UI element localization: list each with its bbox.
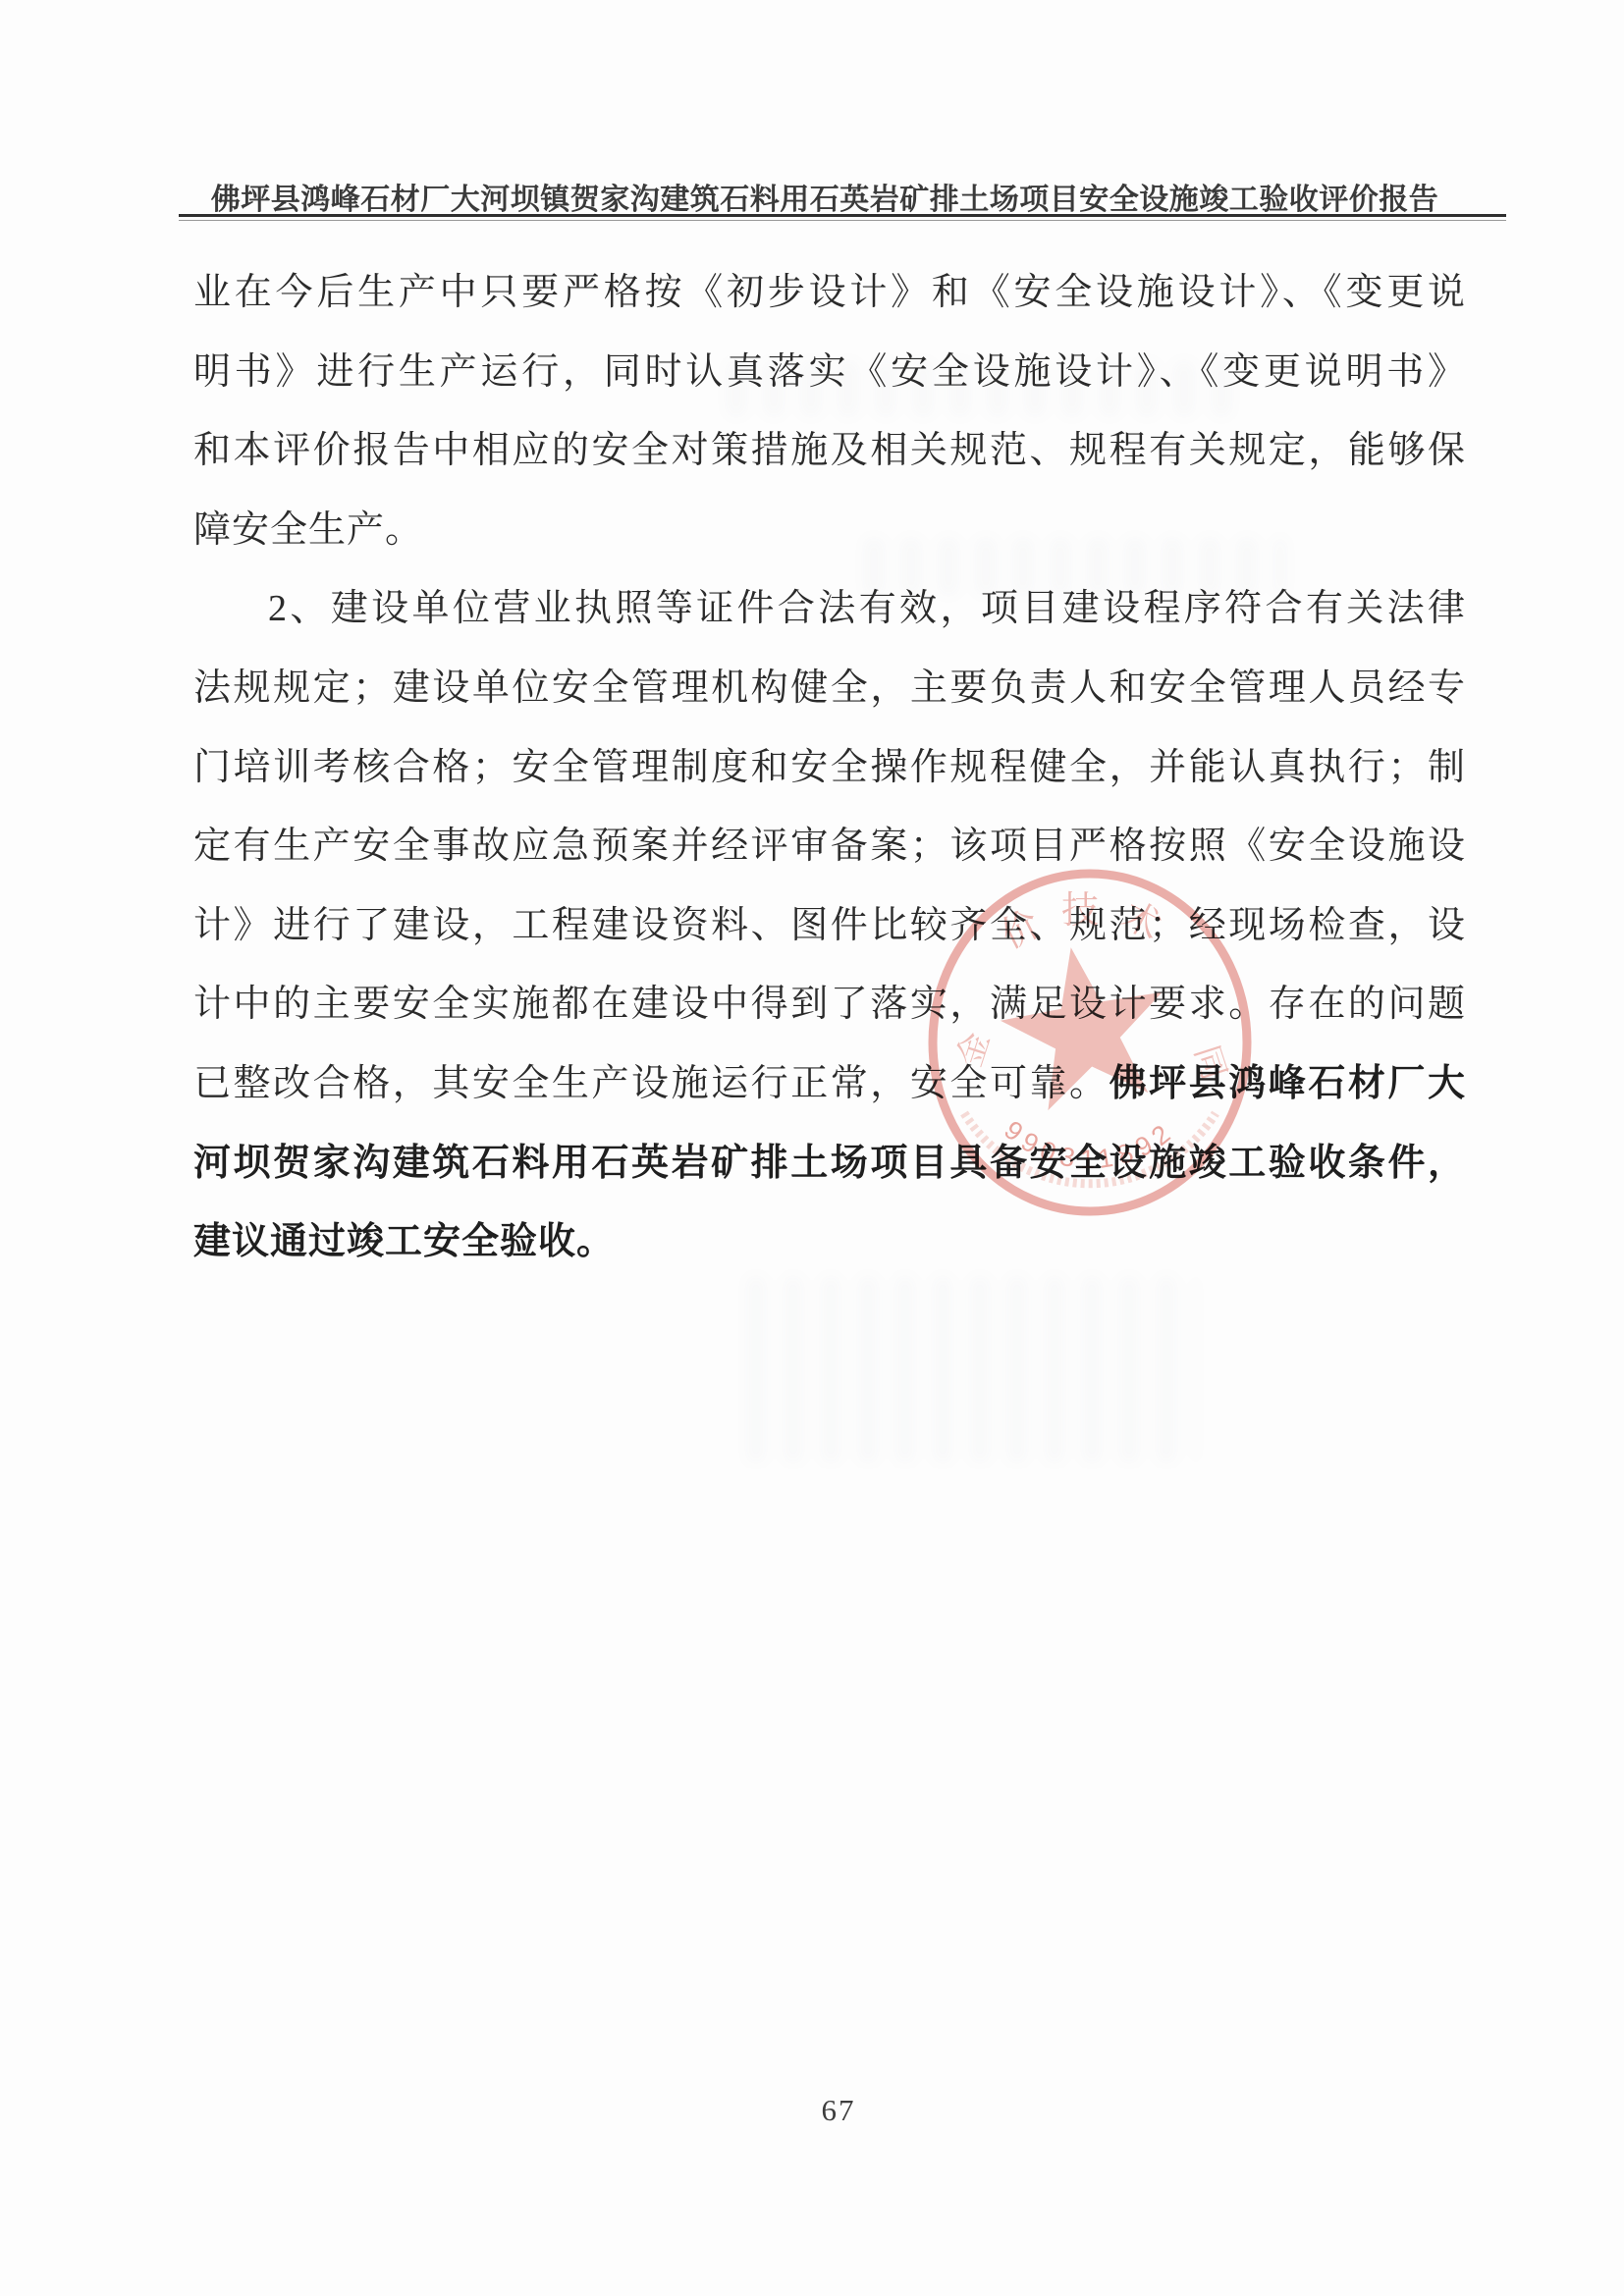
body-line: 业在今后生产中只要严格按《初步设计》和《安全设施设计》、《变更说 bbox=[193, 253, 1466, 333]
body-line: 明书》进行生产运行，同时认真落实《安全设施设计》、《变更说明书》 bbox=[193, 333, 1466, 412]
body-line: 2、建设单位营业执照等证件合法有效，项目建设程序符合有关法律 bbox=[193, 569, 1466, 649]
body-line: 定有生产安全事故应急预案并经评审备案；该项目严格按照《安全设施设 bbox=[193, 807, 1466, 886]
body-line: 计中的主要安全实施都在建设中得到了落实，满足设计要求。存在的问题 bbox=[193, 965, 1466, 1044]
bleed-through-artifact bbox=[746, 1276, 1198, 1463]
body-line: 法规规定；建设单位安全管理机构健全，主要负责人和安全管理人员经专 bbox=[193, 649, 1466, 728]
page-header-title: 佛坪县鸿峰石材厂大河坝镇贺家沟建筑石料用石英岩矿排土场项目安全设施竣工验收评价报… bbox=[187, 175, 1463, 218]
header-rule-shadow bbox=[179, 220, 1506, 221]
page-number-value: 67 bbox=[822, 2093, 856, 2127]
document-page: 佛坪县鸿峰石材厂大河坝镇贺家沟建筑石料用石英岩矿排土场项目安全设施竣工验收评价报… bbox=[0, 0, 1624, 2296]
body-line: 计》进行了建设，工程建设资料、图件比较齐全、规范；经现场检查，设 bbox=[193, 886, 1466, 966]
body-line: 河坝贺家沟建筑石料用石英岩矿排土场项目具备安全设施竣工验收条件， bbox=[193, 1124, 1466, 1203]
body-line-mixed: 已整改合格，其安全生产设施运行正常，安全可靠。佛坪县鸿峰石材厂大 bbox=[193, 1044, 1466, 1124]
body-line: 门培训考核合格；安全管理制度和安全操作规程健全，并能认真执行；制 bbox=[193, 728, 1466, 808]
body-line: 和本评价报告中相应的安全对策措施及相关规范、规程有关规定，能够保 bbox=[193, 411, 1466, 491]
body-line: 障安全生产。 bbox=[193, 491, 1466, 570]
body-line: 建议通过竣工安全验收。 bbox=[193, 1202, 1466, 1282]
body-run-bold: 佛坪县鸿峰石材厂大 bbox=[1110, 1063, 1466, 1104]
body-run-normal: 已整改合格，其安全生产设施运行正常，安全可靠。 bbox=[193, 1063, 1110, 1104]
header-rule bbox=[179, 214, 1506, 217]
page-number: 67 bbox=[0, 2093, 1624, 2128]
body-text-block: 业在今后生产中只要严格按《初步设计》和《安全设施设计》、《变更说 明书》进行生产… bbox=[193, 253, 1466, 1282]
